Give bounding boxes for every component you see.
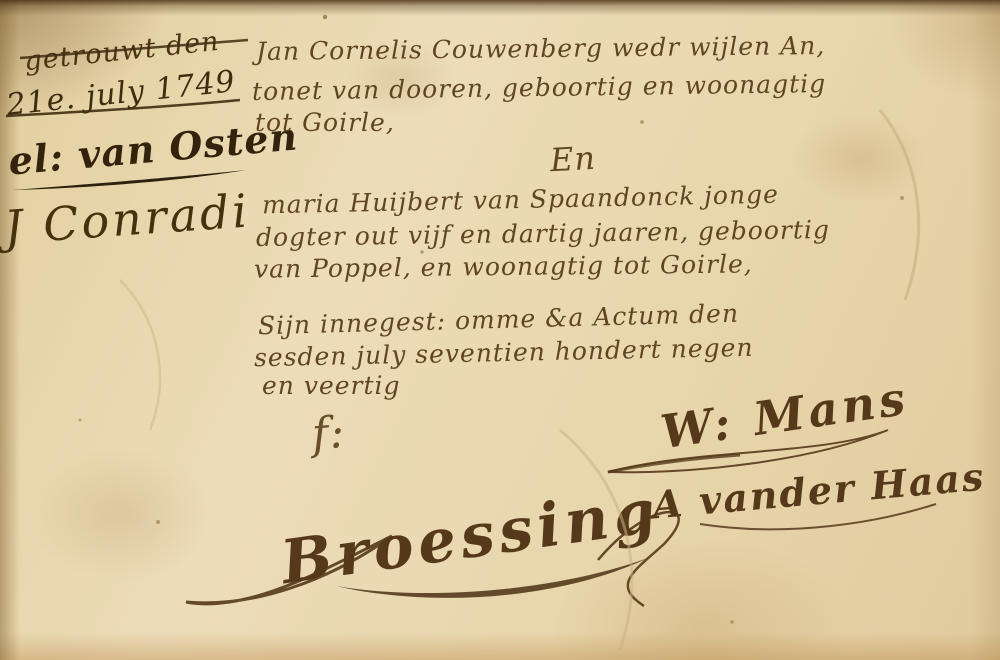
showthrough-1	[880, 110, 919, 300]
paper-speck	[156, 520, 160, 524]
signature-w-mans: W: Mans	[657, 371, 912, 459]
showthrough-3	[120, 280, 160, 430]
body-line-bride-2: dogter out vijf en dartig jaaren, geboor…	[256, 215, 830, 252]
signature-vander-haas: A vander Haas	[651, 454, 987, 528]
paper-speck	[900, 196, 904, 200]
paper-speck	[79, 419, 82, 422]
paper-speck	[730, 620, 734, 624]
manuscript-page: getrouwt den 21e. july 1749 el: van Oste…	[0, 0, 1000, 660]
body-connector-en: En	[549, 139, 597, 179]
margin-signature-conradi: J Conradi	[2, 183, 251, 254]
body-line-groom-1: Jan Cornelis Couwenberg wedr wijlen An,	[256, 31, 826, 66]
body-line-groom-2: tonet van dooren, geboortig en woonagtig	[252, 69, 827, 106]
fiat-mark: f:	[310, 407, 347, 460]
paper-speck	[640, 120, 644, 124]
body-line-groom-3: tot Goirle,	[255, 108, 395, 137]
body-line-bride-1: maria Huijbert van Spaandonck jonge	[262, 180, 779, 220]
signature-official-broessing: Broessing	[277, 476, 664, 598]
body-line-actum-2: sesden july seventien hondert negen	[254, 333, 754, 372]
body-line-actum-3: en veertig	[262, 371, 401, 400]
body-line-bride-3: van Poppel, en woonagtig tot Goirle,	[254, 249, 753, 283]
paper-speck	[323, 15, 327, 19]
